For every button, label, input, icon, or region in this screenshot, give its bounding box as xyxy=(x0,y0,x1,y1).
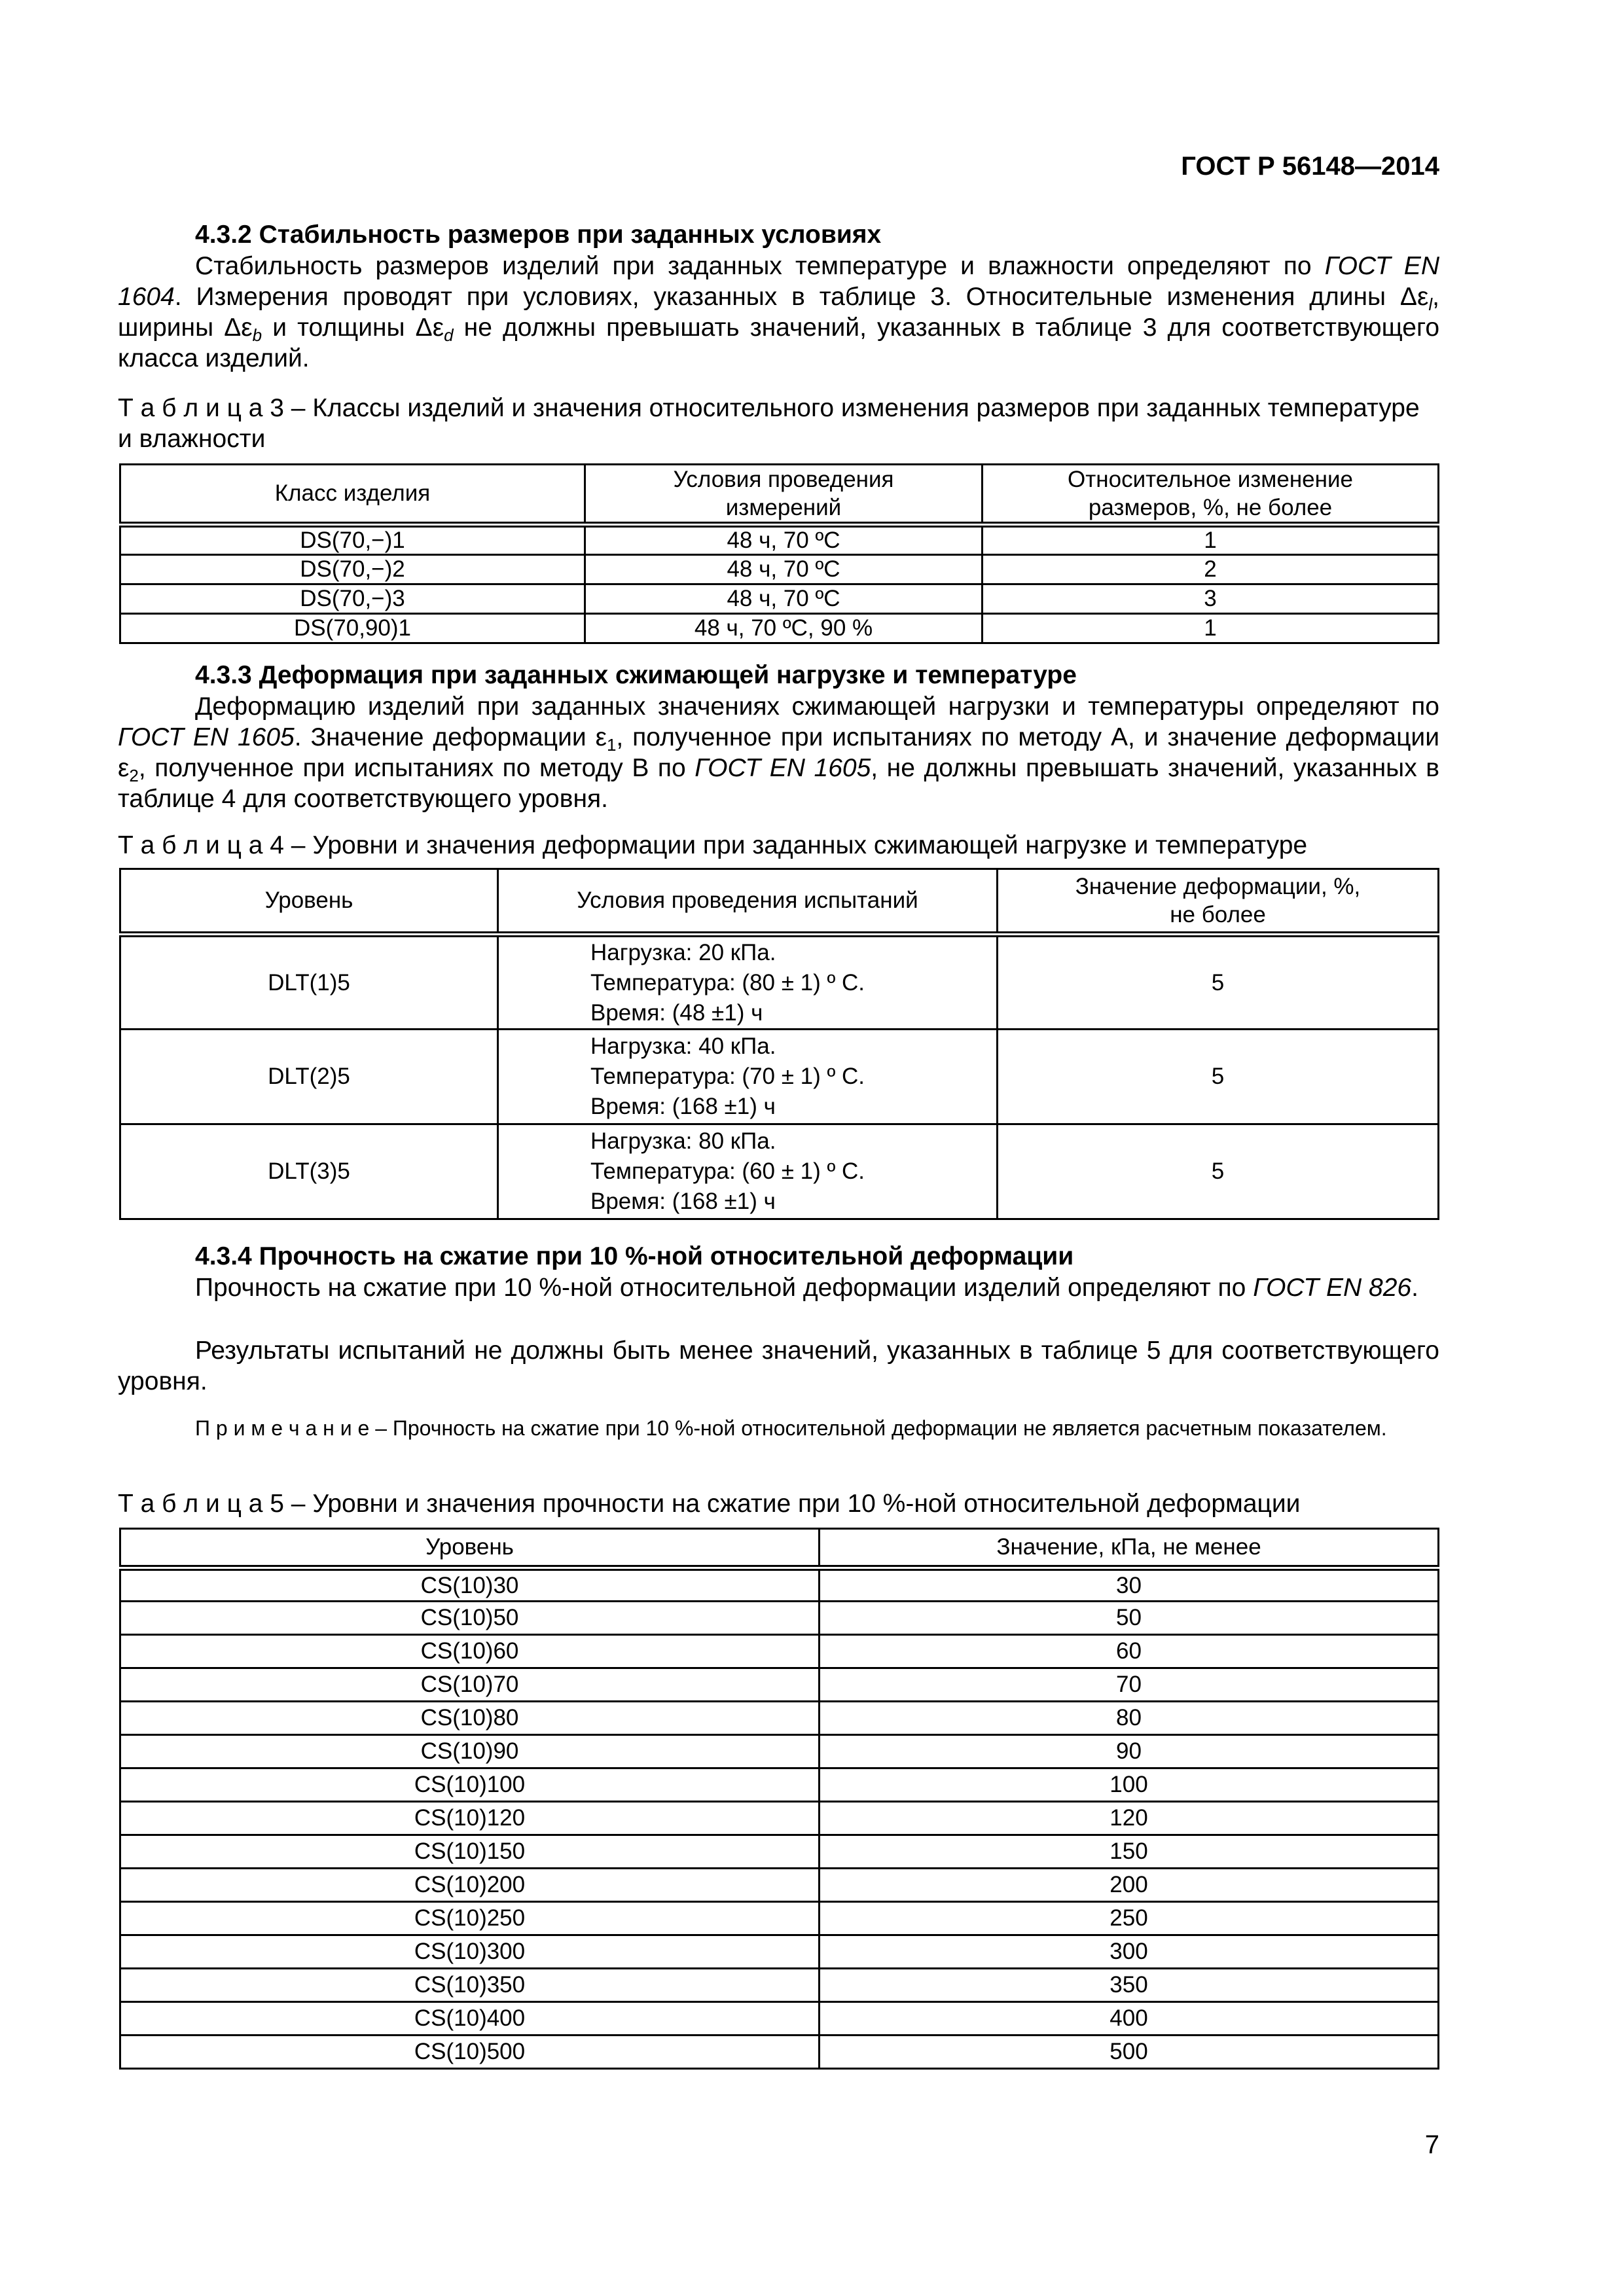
table-3-caption: Т а б л и ц а 3 – Классы изделий и значе… xyxy=(118,393,1439,454)
table-3-header-conditions: Условия проведения измерений xyxy=(585,465,983,525)
value-cell: 300 xyxy=(820,1935,1439,1969)
table-row: CS(10)300300 xyxy=(120,1935,1439,1969)
table-5: Уровень Значение, кПа, не менее CS(10)30… xyxy=(119,1528,1439,2070)
table-row: CS(10)7070 xyxy=(120,1668,1439,1702)
value-cell: 30 xyxy=(820,1568,1439,1602)
value-cell: 100 xyxy=(820,1768,1439,1802)
table-3-header-change: Относительное изменение размеров, %, не … xyxy=(983,465,1439,525)
table-row: DS(70,−)348 ч, 70 ºС3 xyxy=(120,584,1439,614)
table-4: Уровень Условия проведения испытаний Зна… xyxy=(119,868,1439,1220)
table-row: CS(10)400400 xyxy=(120,2002,1439,2036)
table-row: DS(70,−)248 ч, 70 ºС2 xyxy=(120,555,1439,584)
document-id-header: ГОСТ Р 56148—2014 xyxy=(1181,152,1439,181)
table-row: CS(10)200200 xyxy=(120,1869,1439,1902)
value-cell: 400 xyxy=(820,2002,1439,2036)
value-cell: 500 xyxy=(820,2036,1439,2069)
table-row: CS(10)350350 xyxy=(120,1969,1439,2002)
table-3: Класс изделия Условия проведения измерен… xyxy=(119,463,1439,644)
value-cell: 90 xyxy=(820,1735,1439,1768)
table-row: CS(10)120120 xyxy=(120,1802,1439,1835)
table-row: CS(10)5050 xyxy=(120,1602,1439,1635)
level-cell: CS(10)500 xyxy=(120,2036,820,2069)
section-heading-4-3-3: 4.3.3 Деформация при заданных сжимающей … xyxy=(195,661,1077,690)
level-cell: CS(10)70 xyxy=(120,1668,820,1702)
table-row: CS(10)6060 xyxy=(120,1635,1439,1668)
value-cell: 150 xyxy=(820,1835,1439,1869)
page-number: 7 xyxy=(1425,2130,1439,2160)
table-row: CS(10)9090 xyxy=(120,1735,1439,1768)
table-3-header-class: Класс изделия xyxy=(120,465,585,525)
table-row: CS(10)150150 xyxy=(120,1835,1439,1869)
level-cell: CS(10)60 xyxy=(120,1635,820,1668)
table-row: CS(10)8080 xyxy=(120,1702,1439,1735)
value-cell: 200 xyxy=(820,1869,1439,1902)
table-5-header-value: Значение, кПа, не менее xyxy=(820,1529,1439,1568)
level-cell: CS(10)80 xyxy=(120,1702,820,1735)
table-4-header-value: Значение деформации, %, не более xyxy=(998,869,1439,935)
table-row: DS(70,90)148 ч, 70 ºС, 90 %1 xyxy=(120,614,1439,643)
table-row: CS(10)500500 xyxy=(120,2036,1439,2069)
level-cell: CS(10)50 xyxy=(120,1602,820,1635)
level-cell: CS(10)100 xyxy=(120,1768,820,1802)
table-5-header-level: Уровень xyxy=(120,1529,820,1568)
table-4-header-level: Уровень xyxy=(120,869,498,935)
table-4-caption: Т а б л и ц а 4 – Уровни и значения дефо… xyxy=(118,830,1439,861)
section-4-3-3-paragraph: Деформацию изделий при заданных значения… xyxy=(118,691,1439,814)
table-4-header-conditions: Условия проведения испытаний xyxy=(498,869,998,935)
value-cell: 60 xyxy=(820,1635,1439,1668)
note: П р и м е ч а н и е – Прочность на сжати… xyxy=(118,1414,1439,1443)
section-4-3-4-paragraph-2: Результаты испытаний не должны быть мене… xyxy=(118,1335,1439,1397)
table-row: CS(10)250250 xyxy=(120,1902,1439,1935)
level-cell: CS(10)150 xyxy=(120,1835,820,1869)
value-cell: 70 xyxy=(820,1668,1439,1702)
note-label: П р и м е ч а н и е xyxy=(195,1416,369,1440)
section-heading-4-3-4: 4.3.4 Прочность на сжатие при 10 %-ной о… xyxy=(195,1242,1074,1271)
table-row: DLT(2)5 Нагрузка: 40 кПа.Температура: (7… xyxy=(120,1030,1439,1124)
level-cell: CS(10)200 xyxy=(120,1869,820,1902)
level-cell: CS(10)400 xyxy=(120,2002,820,2036)
table-row: DLT(1)5 Нагрузка: 20 кПа.Температура: (8… xyxy=(120,935,1439,1030)
table-row: CS(10)3030 xyxy=(120,1568,1439,1602)
level-cell: CS(10)30 xyxy=(120,1568,820,1602)
table-row: DS(70,−)148 ч, 70 ºС1 xyxy=(120,525,1439,555)
level-cell: CS(10)300 xyxy=(120,1935,820,1969)
value-cell: 250 xyxy=(820,1902,1439,1935)
value-cell: 50 xyxy=(820,1602,1439,1635)
table-row: DLT(3)5 Нагрузка: 80 кПа.Температура: (6… xyxy=(120,1124,1439,1219)
level-cell: CS(10)120 xyxy=(120,1802,820,1835)
section-4-3-2-paragraph: Стабильность размеров изделий при заданн… xyxy=(118,251,1439,374)
level-cell: CS(10)350 xyxy=(120,1969,820,2002)
section-4-3-4-paragraph-1: Прочность на сжатие при 10 %-ной относит… xyxy=(118,1272,1439,1303)
value-cell: 80 xyxy=(820,1702,1439,1735)
level-cell: CS(10)250 xyxy=(120,1902,820,1935)
value-cell: 120 xyxy=(820,1802,1439,1835)
section-heading-4-3-2: 4.3.2 Стабильность размеров при заданных… xyxy=(195,221,881,249)
level-cell: CS(10)90 xyxy=(120,1735,820,1768)
value-cell: 350 xyxy=(820,1969,1439,2002)
table-row: CS(10)100100 xyxy=(120,1768,1439,1802)
table-5-caption: Т а б л и ц а 5 – Уровни и значения проч… xyxy=(118,1488,1439,1519)
